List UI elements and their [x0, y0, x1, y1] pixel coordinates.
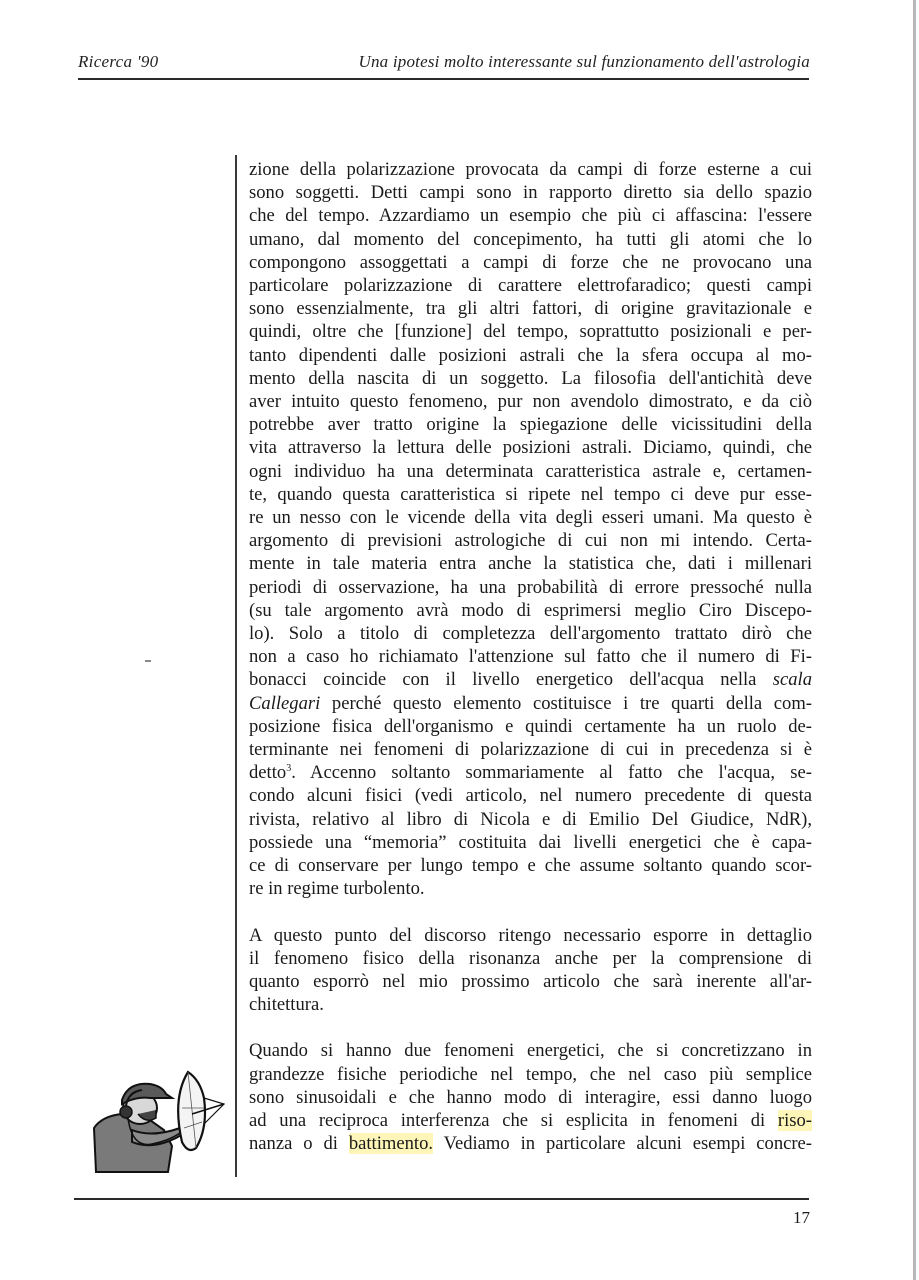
text-line: zione della polarizzazione provocata da … [249, 158, 812, 181]
article-title: Una ipotesi molto interessante sul funzi… [359, 52, 811, 72]
margin-rule [235, 155, 237, 1177]
text-line: sono essenzialmente, tra gli altri fatto… [249, 297, 812, 320]
text-line: quanto esporrò nel mio prossimo articolo… [249, 970, 812, 993]
text-line: argomento di previsioni astrologiche di … [249, 529, 812, 552]
text-line: sono sinusoidali e che hanno modo di int… [249, 1086, 812, 1109]
text-line: che del tempo. Azzardiamo un esempio che… [249, 204, 812, 227]
paragraph-2: A questo punto del discorso ritengo nece… [249, 924, 812, 1017]
scan-speck [145, 660, 151, 662]
text-line: compongono assoggettati a campi di forze… [249, 251, 812, 274]
text-line: Callegari perché questo elemento costitu… [249, 692, 812, 715]
text-line: detto3. Accenno soltanto sommariamente a… [249, 761, 812, 784]
text-line: A questo punto del discorso ritengo nece… [249, 924, 812, 947]
text-line: bonacci coincide con il livello energeti… [249, 668, 812, 691]
text-line: sono soggetti. Detti campi sono in rappo… [249, 181, 812, 204]
text-line: periodi di osservazione, ha una probabil… [249, 576, 812, 599]
text-line: chitettura. [249, 993, 812, 1016]
text-line: lo). Solo a titolo di completezza dell'a… [249, 622, 812, 645]
highlight-riso: riso- [778, 1110, 812, 1131]
text-line: mento della nascita di un soggetto. La f… [249, 367, 812, 390]
man-with-parabolic-dish-icon [92, 1068, 232, 1178]
running-header: Ricerca '90 Una ipotesi molto interessan… [78, 52, 810, 74]
text-line: posizione fisica dell'organismo e quindi… [249, 715, 812, 738]
paragraph-3: Quando si hanno due fenomeni energetici,… [249, 1039, 812, 1155]
text-line: particolare polarizzazione di carattere … [249, 274, 812, 297]
italic-term-callegari: Callegari [249, 693, 320, 714]
text-line: il fenomeno fisico della risonanza anche… [249, 947, 812, 970]
article-body: zione della polarizzazione provocata da … [249, 158, 812, 1155]
text-line: ce di conservare per lungo tempo e che a… [249, 854, 812, 877]
journal-name: Ricerca '90 [78, 52, 158, 72]
header-rule [78, 78, 809, 80]
text-line: rivista, relativo al libro di Nicola e d… [249, 808, 812, 831]
paragraph-gap [249, 901, 812, 924]
text-line: umano, dal momento del concepimento, ha … [249, 228, 812, 251]
text-line: tanto dipendenti dalle posizioni astrali… [249, 344, 812, 367]
page-number: 17 [790, 1208, 810, 1228]
scan-edge [913, 0, 916, 1280]
text-line: non a caso ho richiamato l'attenzione su… [249, 645, 812, 668]
text-line: ad una reciproca interferenza che si esp… [249, 1109, 812, 1132]
text-line: potrebbe aver tratto origine la spiegazi… [249, 413, 812, 436]
footer-rule [74, 1198, 809, 1200]
text-line: terminante nei fenomeni di polarizzazion… [249, 738, 812, 761]
text-line: quindi, oltre che [funzione] del tempo, … [249, 320, 812, 343]
text-line: ogni individuo ha una determinata caratt… [249, 460, 812, 483]
text-line: aver intuito questo fenomeno, pur non av… [249, 390, 812, 413]
text-line: possiede una “memoria” costituita dai li… [249, 831, 812, 854]
text-line: (su tale argomento avrà modo di esprimer… [249, 599, 812, 622]
text-line: grandezze fisiche periodiche nel tempo, … [249, 1063, 812, 1086]
italic-term-scala: scala [773, 669, 812, 690]
text-line: condo alcuni fisici (vedi articolo, nel … [249, 784, 812, 807]
text-line: vita attraverso la lettura delle posizio… [249, 436, 812, 459]
text-line: Quando si hanno due fenomeni energetici,… [249, 1039, 812, 1062]
text-line: mente in tale materia entra anche la sta… [249, 552, 812, 575]
highlight-battimento: battimento. [349, 1133, 433, 1154]
text-line: te, quando questa caratteristica si ripe… [249, 483, 812, 506]
paragraph-1: zione della polarizzazione provocata da … [249, 158, 812, 901]
text-line: re in regime turbolento. [249, 877, 812, 900]
text-line: nanza o di battimento. Vediamo in partic… [249, 1132, 812, 1155]
text-line: re un nesso con le vicende della vita de… [249, 506, 812, 529]
paragraph-gap [249, 1016, 812, 1039]
